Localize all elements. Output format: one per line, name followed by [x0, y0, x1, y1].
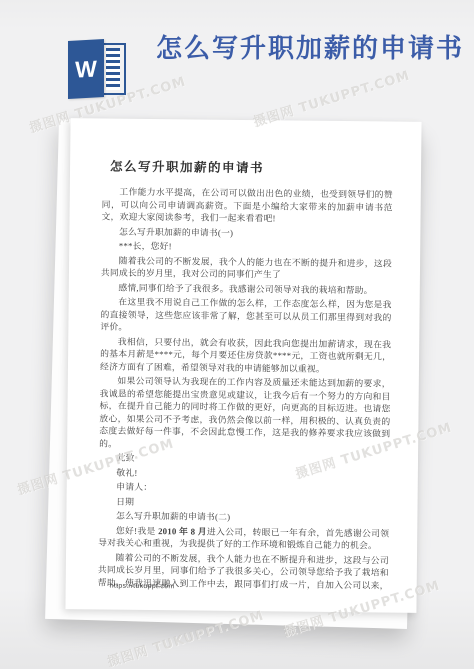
document-paragraph: 怎么写升职加薪的申请书(二)	[98, 509, 389, 525]
document-paragraph: 随着我公司的不断发展，我个人的能力也在不断的提升和进步，这段共同成长的岁月里，我…	[101, 254, 392, 282]
preview-header: W 怎么写升职加薪的申请书	[0, 0, 474, 118]
document-paragraph: 此致	[99, 451, 390, 467]
document-paragraph: 在这里我不用说自己工作做的怎么样，工作态度怎么样，因为您是我的直接领导，这些您应…	[100, 296, 391, 337]
document-paragraph: 日期	[99, 495, 390, 511]
document-paragraph: 怎么写升职加薪的申请书(一)	[101, 225, 392, 241]
document-paragraph: 您好!我是 2010 年 8 月进入公司，转眼已一年有余，首先感谢公司领导对我关…	[98, 524, 389, 552]
document-page-preview[interactable]: 怎么写升职加薪的申请书 工作能力水平提高，在公司可以做出出色的业绩，也受到领导们…	[65, 118, 421, 613]
document-content: 怎么写升职加薪的申请书 工作能力水平提高，在公司可以做出出色的业绩，也受到领导们…	[98, 157, 394, 592]
document-title: 怎么写升职加薪的申请书	[110, 157, 393, 178]
document-footer-url: https://tukuppt.com	[110, 583, 175, 591]
page-title: 怎么写升职加薪的申请书	[156, 30, 468, 66]
document-paragraphs: 工作能力水平提高，在公司可以做出出色的业绩，也受到领导们的赞同，可以向公司申请调…	[98, 186, 393, 592]
document-paragraph: 感情,同事们给予了我很多。我感谢公司领导对我的栽培和帮助。	[101, 281, 392, 297]
document-paragraph: 我相信，只要付出，就会有收获，因此我向您提出加薪请求，现在我的基本月薪是****…	[100, 335, 391, 376]
word-document-icon: W	[68, 40, 126, 98]
document-paragraph: 申请人：	[99, 480, 390, 496]
document-paragraph: 如果公司领导认为我现在的工作内容及质量还未能达到加薪的要求，我诚恳的希望您能提出…	[99, 374, 391, 452]
word-icon-letter: W	[68, 39, 104, 99]
document-paragraph: ***长，您好!	[101, 240, 392, 256]
document-paragraph: 敬礼!	[99, 466, 390, 482]
document-paragraph: 工作能力水平提高，在公司可以做出出色的业绩，也受到领导们的赞同，可以向公司申请调…	[101, 186, 392, 227]
